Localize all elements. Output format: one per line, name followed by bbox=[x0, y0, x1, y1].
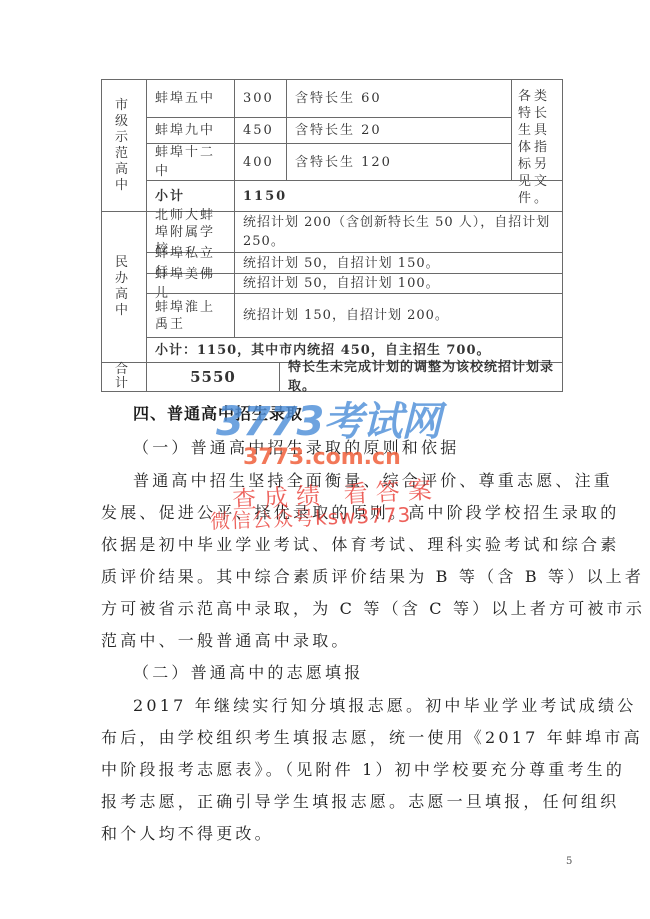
paragraph-line: 和个人均不得更改。 bbox=[101, 821, 274, 844]
paragraph-line: 质评价结果。其中综合素质评价结果为 B 等（含 B 等）以上者 bbox=[101, 564, 644, 587]
school-name: 蚌埠九中 bbox=[146, 117, 235, 144]
group-label-city: 市级示范高中 bbox=[101, 79, 147, 212]
paragraph-line: 中阶段报考志愿表》。（见附件 1）初中学校要充分尊重考生的 bbox=[101, 757, 625, 780]
group-label-private: 民办高中 bbox=[101, 211, 147, 363]
watermark-logo: 3773考试网 bbox=[216, 390, 440, 447]
enrollment-plan-table: 市级示范高中 蚌埠五中 300 含特长生 60 蚌埠九中 450 含特长生 20… bbox=[101, 79, 563, 392]
plan-detail: 统招计划 50，自招计划 100。 bbox=[234, 273, 563, 294]
paragraph-line: 报考志愿，正确引导学生填报志愿。志愿一旦填报，任何组织 bbox=[101, 789, 619, 812]
subtotal-value: 1150 bbox=[234, 180, 563, 212]
document-page: 市级示范高中 蚌埠五中 300 含特长生 60 蚌埠九中 450 含特长生 20… bbox=[0, 0, 650, 919]
school-name: 蚌埠五中 bbox=[146, 79, 235, 118]
watermark-url: 3773.com.cn bbox=[243, 445, 401, 470]
plan-detail: 含特长生 20 bbox=[286, 117, 512, 144]
paragraph-line: 依据是初中毕业学业考试、体育考试、理科实验考试和综合素 bbox=[101, 532, 619, 555]
paragraph-line: 方可被省示范高中录取，为 C 等（含 C 等）以上者方可被市示 bbox=[101, 596, 645, 619]
paragraph-line: 2017 年继续实行知分填报志愿。初中毕业学业考试成绩公 bbox=[133, 693, 636, 716]
plan-detail: 含特长生 60 bbox=[286, 79, 512, 118]
plan-detail: 统招计划 200（含创新特长生 50 人），自招计划 250。 bbox=[234, 211, 563, 253]
paragraph-line: 布后，由学校组织考生填报志愿，统一使用《2017 年蚌埠市高 bbox=[101, 725, 643, 748]
page-number: 5 bbox=[566, 856, 572, 867]
plan-detail: 统招计划 150，自招计划 200。 bbox=[234, 293, 563, 338]
plan-detail: 含特长生 120 bbox=[286, 143, 512, 181]
paragraph-line: 范高中、一般普通高中录取。 bbox=[101, 628, 351, 651]
plan-count: 450 bbox=[234, 117, 287, 144]
subsection-heading-2: （二）普通高中的志愿填报 bbox=[133, 660, 363, 683]
watermark-wechat: 微信公众号ksw3773 bbox=[210, 498, 412, 534]
total-note: 特长生未完成计划的调整为该校统招计划录取。 bbox=[279, 362, 563, 392]
total-value: 5550 bbox=[146, 362, 280, 392]
school-name: 蚌埠淮上禹王 bbox=[146, 293, 235, 338]
plan-count: 400 bbox=[234, 143, 287, 181]
school-name: 蚌埠十二中 bbox=[146, 143, 235, 181]
school-name: 蚌埠美佛儿 bbox=[146, 273, 235, 294]
total-label: 合计 bbox=[101, 362, 147, 392]
plan-detail: 统招计划 50，自招计划 150。 bbox=[234, 252, 563, 274]
plan-count: 300 bbox=[234, 79, 287, 118]
specialty-note: 各类特长生具体指标另见文件。 bbox=[511, 79, 563, 181]
